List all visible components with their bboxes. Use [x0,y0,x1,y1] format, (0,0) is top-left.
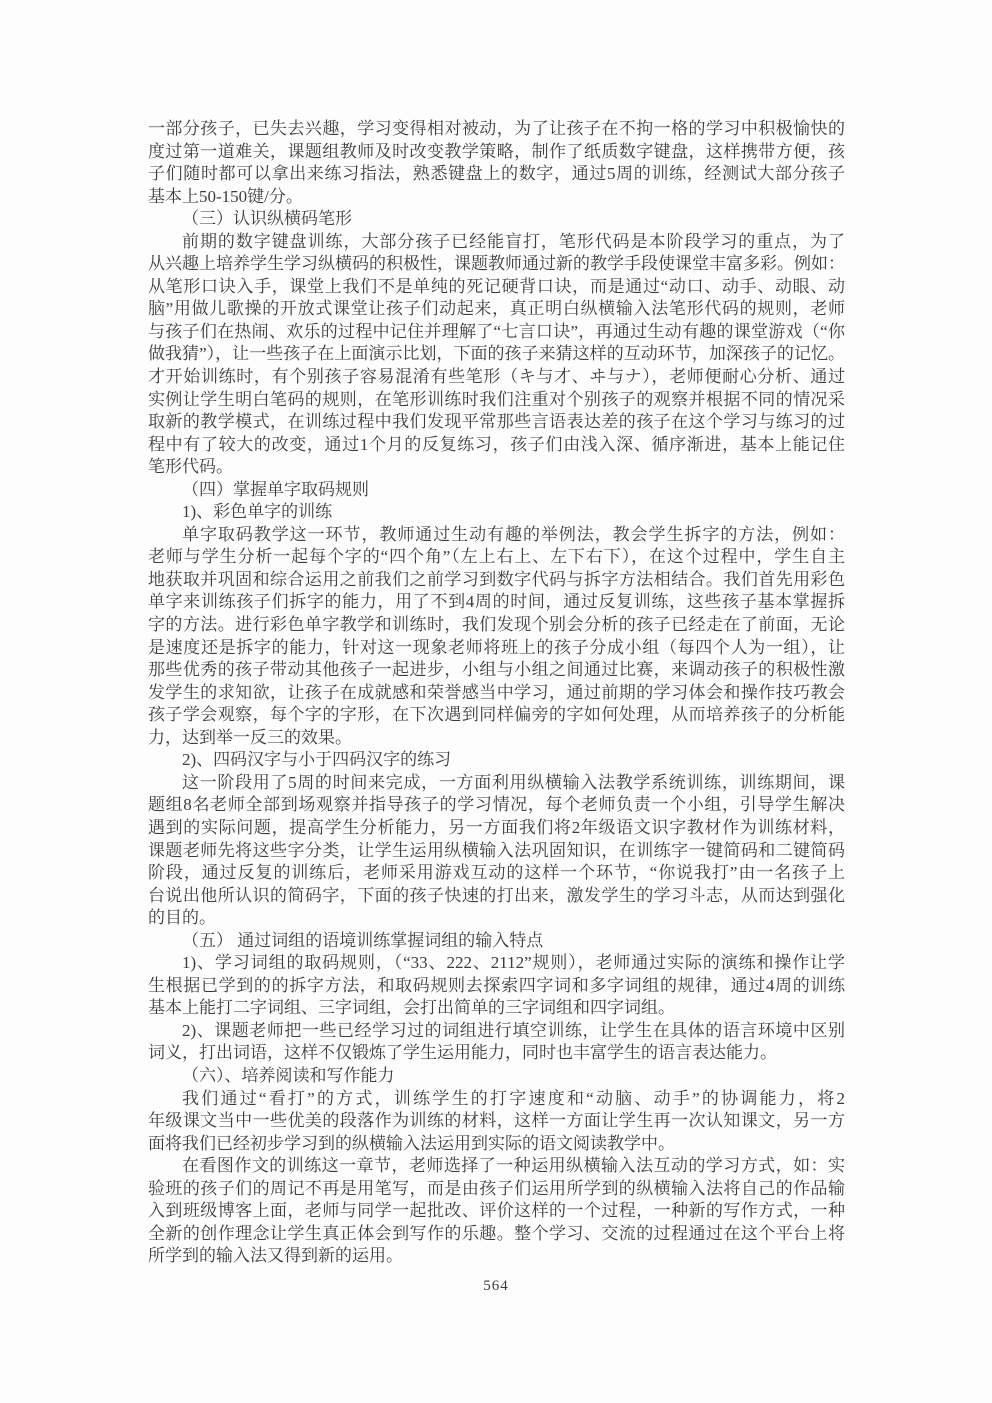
text-line: 字的方法。进行彩色单字教学和训练时，我们发现个别会分析的孩子已经走在了前面，无论 [148,614,845,637]
text-line: 词义，打出词语，这样不仅锻炼了学生运用能力，同时也丰富学生的语言表达能力。 [148,1042,845,1065]
text-line: 脑”用做儿歌操的开放式课堂让孩子们动起来，真正明白纵横输入法笔形代码的规则，老师 [148,298,845,321]
text-line: （三）认识纵横码笔形 [148,208,845,231]
text-line: 遇到的实际问题，提高学生分析能力，另一方面我们将2年级语文识字教材作为训练材料， [148,817,845,840]
text-line: 2)、课题老师把一些已经学习过的词组进行填空训练，让学生在具体的语言环境中区别 [148,1020,845,1043]
text-line: 在看图作文的训练这一章节，老师选择了一种运用纵横输入法互动的学习方式，如：实 [148,1155,845,1178]
text-line: 取新的教学模式，在训练过程中我们发现平常那些言语表达差的孩子在这个学习与练习的过 [148,411,845,434]
text-line: 1)、学习词组的取码规则，（“33、222、2112”规则），老师通过实际的演练… [148,952,845,975]
text-line: 发学生的求知欲，让孩子在成就感和荣誉感当中学习，通过前期的学习体会和操作技巧教会 [148,682,845,705]
text-line: 基本上能打二字词组、三字词组，会打出简单的三字词组和四字词组。 [148,997,845,1020]
text-line: 生根据已学到的的拆字方法，和取码规则去探索四字词和多字词组的规律，通过4周的训练 [148,975,845,998]
text-line: 面将我们已经初步学习到的纵横输入法运用到实际的语文阅读教学中。 [148,1133,845,1156]
text-line: 是速度还是拆字的能力，针对这一现象老师将班上的孩子分成小组（每四个人为一组），让 [148,637,845,660]
text-line: 力，达到举一反三的效果。 [148,727,845,750]
text-line: 2)、四码汉字与小于四码汉字的练习 [148,749,845,772]
text-line: 一部分孩子，已失去兴趣，学习变得相对被动，为了让孩子在不拘一格的学习中积极愉快的 [148,118,845,141]
text-line: 所学到的输入法又得到新的运用。 [148,1245,845,1268]
document-page: 一部分孩子，已失去兴趣，学习变得相对被动，为了让孩子在不拘一格的学习中积极愉快的… [0,0,992,1403]
text-line: 实例让学生明白笔码的规则，在笔形训练时我们注重对个别孩子的观察并根据不同的情况采 [148,389,845,412]
text-line: 才开始训练时，有个别孩子容易混淆有些笔形（キ与才、ヰ与ナ），老师便耐心分析、通过 [148,366,845,389]
text-line: 年级课文当中一些优美的段落作为训练的材料，这样一方面让学生再一次认知课文，另一方 [148,1110,845,1133]
text-line: 前期的数字键盘训练，大部分孩子已经能盲打，笔形代码是本阶段学习的重点，为了 [148,231,845,254]
text-line: 笔形代码。 [148,456,845,479]
text-line: 阶段，通过反复的训练后，老师采用游戏互动的这样一个环节，“你说我打”由一名孩子上 [148,862,845,885]
text-line: 台说出他所认识的简码字，下面的孩子快速的打出来，激发学生的学习斗志，从而达到强化 [148,885,845,908]
page-number: 564 [0,1278,992,1295]
text-line: 那些优秀的孩子带动其他孩子一起进步，小组与小组之间通过比赛，来调动孩子的积极性激 [148,659,845,682]
text-line: 验班的孩子们的周记不再是用笔写，而是由孩子们运用所学到的纵横输入法将自己的作品输 [148,1178,845,1201]
document-text-block: 一部分孩子，已失去兴趣，学习变得相对被动，为了让孩子在不拘一格的学习中积极愉快的… [148,118,845,1268]
text-line: 地获取并巩固和综合运用之前我们之前学习到数字代码与拆字方法相结合。我们首先用彩色 [148,569,845,592]
text-line: 程中有了较大的改变，通过1个月的反复练习，孩子们由浅入深、循序渐进，基本上能记住 [148,434,845,457]
text-line: 单字来训练孩子们拆字的能力，用了不到4周的时间，通过反复训练，这些孩子基本掌握拆 [148,591,845,614]
text-line: 孩子学会观察，每个字的字形，在下次遇到同样偏旁的字如何处理，从而培养孩子的分析能 [148,704,845,727]
text-line: 与孩子们在热闹、欢乐的过程中记住并理解了“七言口诀”，再通过生动有趣的课堂游戏（… [148,321,845,344]
text-line: 我们通过“看打”的方式，训练学生的打字速度和“动脑、动手”的协调能力，将2 [148,1088,845,1111]
text-line: 老师与学生分析一起每个字的“四个角”（左上右上、左下右下），在这个过程中，学生自… [148,546,845,569]
text-line: 基本上50-150键/分。 [148,186,845,209]
text-line: 从笔形口诀入手，课堂上我们不是单纯的死记硬背口诀，而是通过“动口、动手、动眼、动 [148,276,845,299]
text-line: 单字取码教学这一环节，教师通过生动有趣的举例法，教会学生拆字的方法，例如： [148,524,845,547]
text-line: （四）掌握单字取码规则 [148,479,845,502]
text-line: 从兴趣上培养学生学习纵横码的积极性，课题教师通过新的教学手段使课堂丰富多彩。例如… [148,253,845,276]
text-line: 做我猜”），让一些孩子在上面演示比划，下面的孩子来猜这样的互动环节，加深孩子的记… [148,343,845,366]
text-line: （六）、培养阅读和写作能力 [148,1065,845,1088]
text-line: 子们随时都可以拿出来练习指法，熟悉键盘上的数字，通过5周的训练，经测试大部分孩子 [148,163,845,186]
text-line: 入到班级博客上面，老师与同学一起批改、评价这样的一个过程，一种新的写作方式，一种 [148,1200,845,1223]
text-line: 这一阶段用了5周的时间来完成，一方面利用纵横输入法教学系统训练，训练期间，课 [148,772,845,795]
text-line: 1)、彩色单字的训练 [148,501,845,524]
text-line: 题组8名老师全部到场观察并指导孩子的学习情况，每个老师负责一个小组，引导学生解决 [148,794,845,817]
text-line: 的目的。 [148,907,845,930]
text-line: （五） 通过词组的语境训练掌握词组的输入特点 [148,930,845,953]
text-line: 全新的创作理念让学生真正体会到写作的乐趣。整个学习、交流的过程通过在这个平台上将 [148,1223,845,1246]
text-line: 度过第一道难关，课题组教师及时改变教学策略，制作了纸质数字键盘，这样携带方便，孩 [148,141,845,164]
text-line: 课题老师先将这些字分类，让学生运用纵横输入法巩固知识，在训练字一键简码和二键简码 [148,840,845,863]
